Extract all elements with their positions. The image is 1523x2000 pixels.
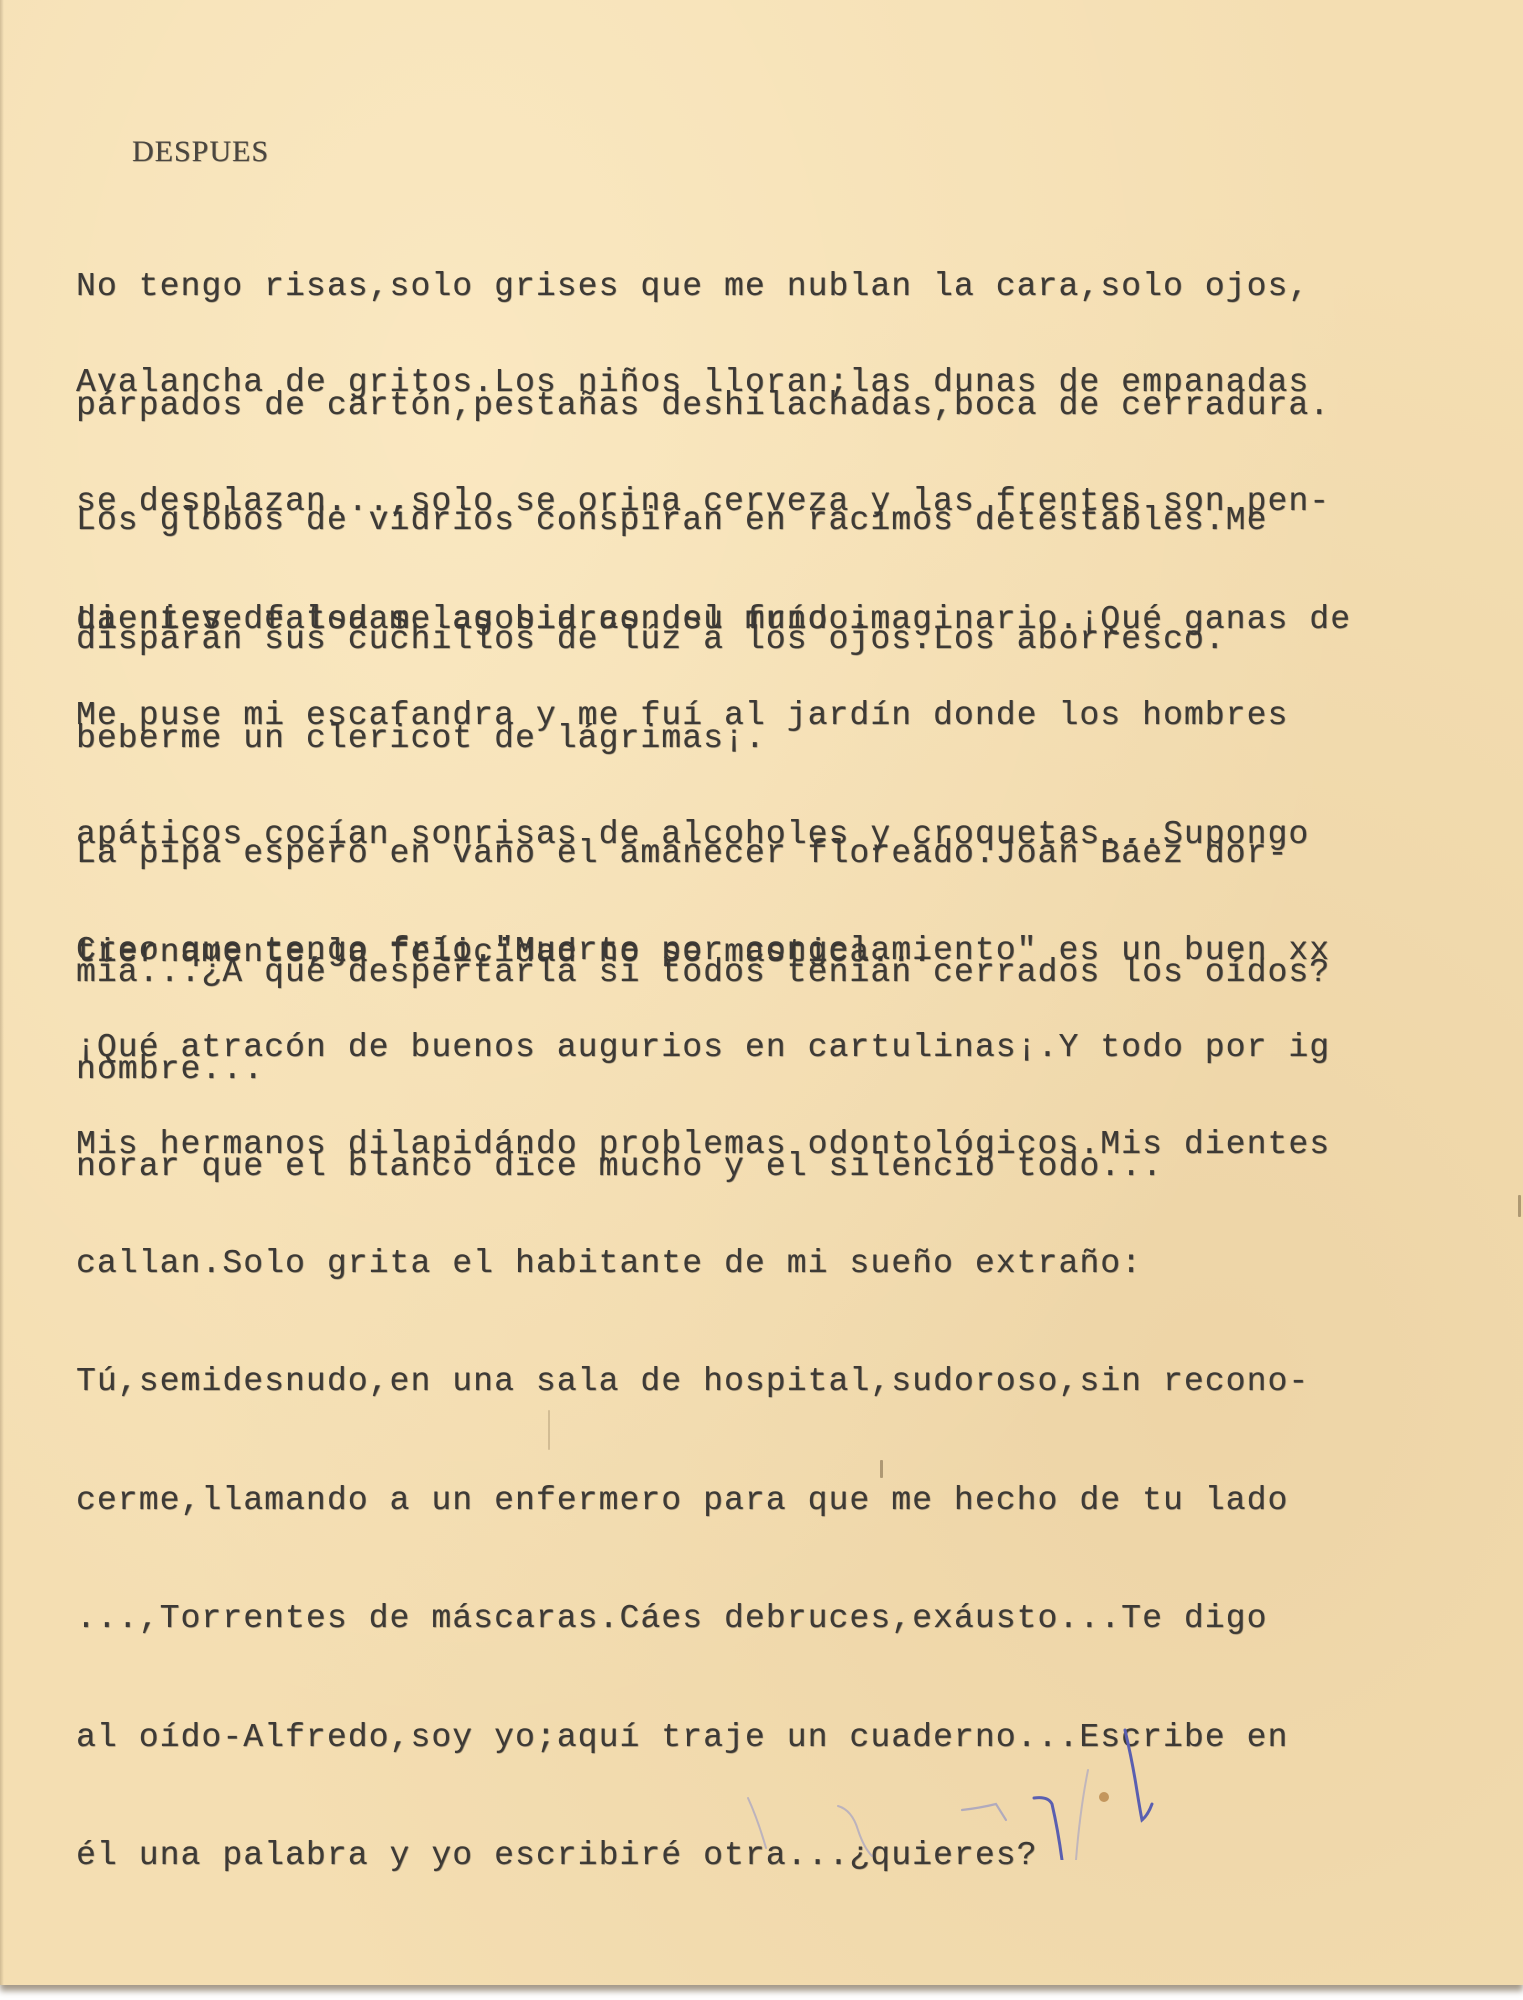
line: Mis hermanos dilapidándo problemas odont… bbox=[76, 1125, 1330, 1165]
line: callan.Solo grita el habitante de mi sue… bbox=[76, 1244, 1330, 1284]
paper-mark bbox=[1518, 1195, 1521, 1217]
paper-mark bbox=[880, 1460, 883, 1478]
paper-mark bbox=[548, 1410, 550, 1450]
paper-sheet: DESPUES No tengo risas,solo grises que m… bbox=[0, 0, 1523, 1985]
document-title: DESPUES bbox=[132, 135, 269, 169]
line: Tú,semidesnudo,en una sala de hospital,s… bbox=[76, 1362, 1330, 1402]
handwritten-scribble bbox=[700, 1680, 1200, 1860]
line: Avalancha de gritos.Los niños lloran;las… bbox=[76, 363, 1330, 403]
paper-edge bbox=[0, 0, 4, 1985]
line: Me puse mi escafandra y me fuí al jardín… bbox=[76, 696, 1309, 736]
line: cerme,llamando a un enfermero para que m… bbox=[76, 1481, 1330, 1521]
line: ...,Torrentes de máscaras.Cáes debruces,… bbox=[76, 1599, 1330, 1639]
